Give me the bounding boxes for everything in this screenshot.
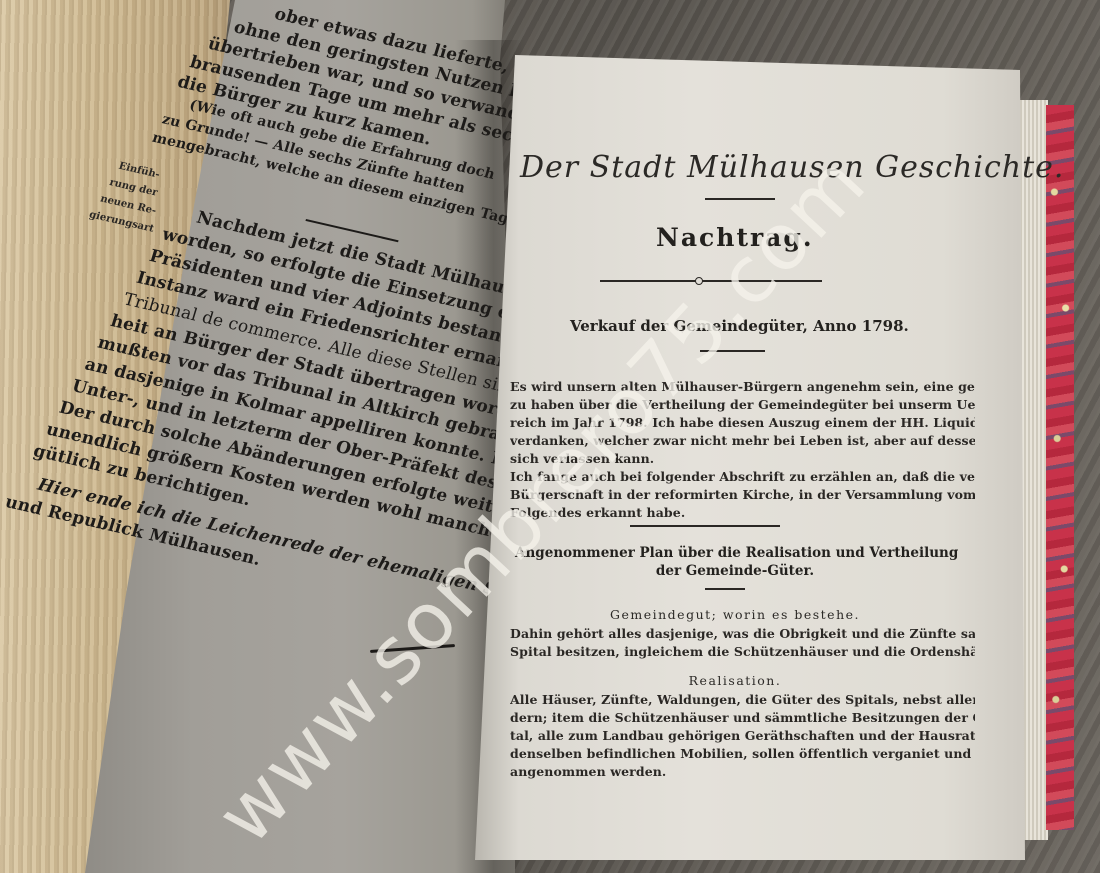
section-rule: [705, 588, 745, 590]
text-line: denselben befindlichen Mobilien, sollen …: [510, 745, 975, 763]
paragraph-4: Alle Häuser, Zünfte, Waldungen, die Güte…: [510, 691, 975, 781]
subsection-gemeindegut: Gemeindegut; worin es bestehe.: [515, 607, 955, 622]
text-line: angenommen werden.: [510, 763, 975, 781]
text-line: dern; item die Schützenhäuser und sämmtl…: [510, 709, 975, 727]
text-line: Dahin gehört alles dasjenige, was die Ob…: [510, 625, 975, 643]
text-line: tal, alle zum Landbau gehörigen Geräthsc…: [510, 727, 975, 745]
divider-rule: [630, 525, 780, 527]
photo-scene: ober etwas dazu lieferte, wobei noch ohn…: [0, 0, 1100, 873]
marbled-cover-edge: [1044, 105, 1074, 830]
plan-title-line-1: Angenommener Plan über die Realisation u…: [515, 545, 955, 561]
plan-title-line-2: der Gemeinde-Güter.: [515, 563, 955, 579]
paragraph-3: Dahin gehört alles dasjenige, was die Ob…: [510, 625, 975, 661]
text-line: Alle Häuser, Zünfte, Waldungen, die Güte…: [510, 691, 975, 709]
subsection-realisation: Realisation.: [515, 673, 955, 688]
text-line: Spital besitzen, ingleichem die Schützen…: [510, 643, 975, 661]
